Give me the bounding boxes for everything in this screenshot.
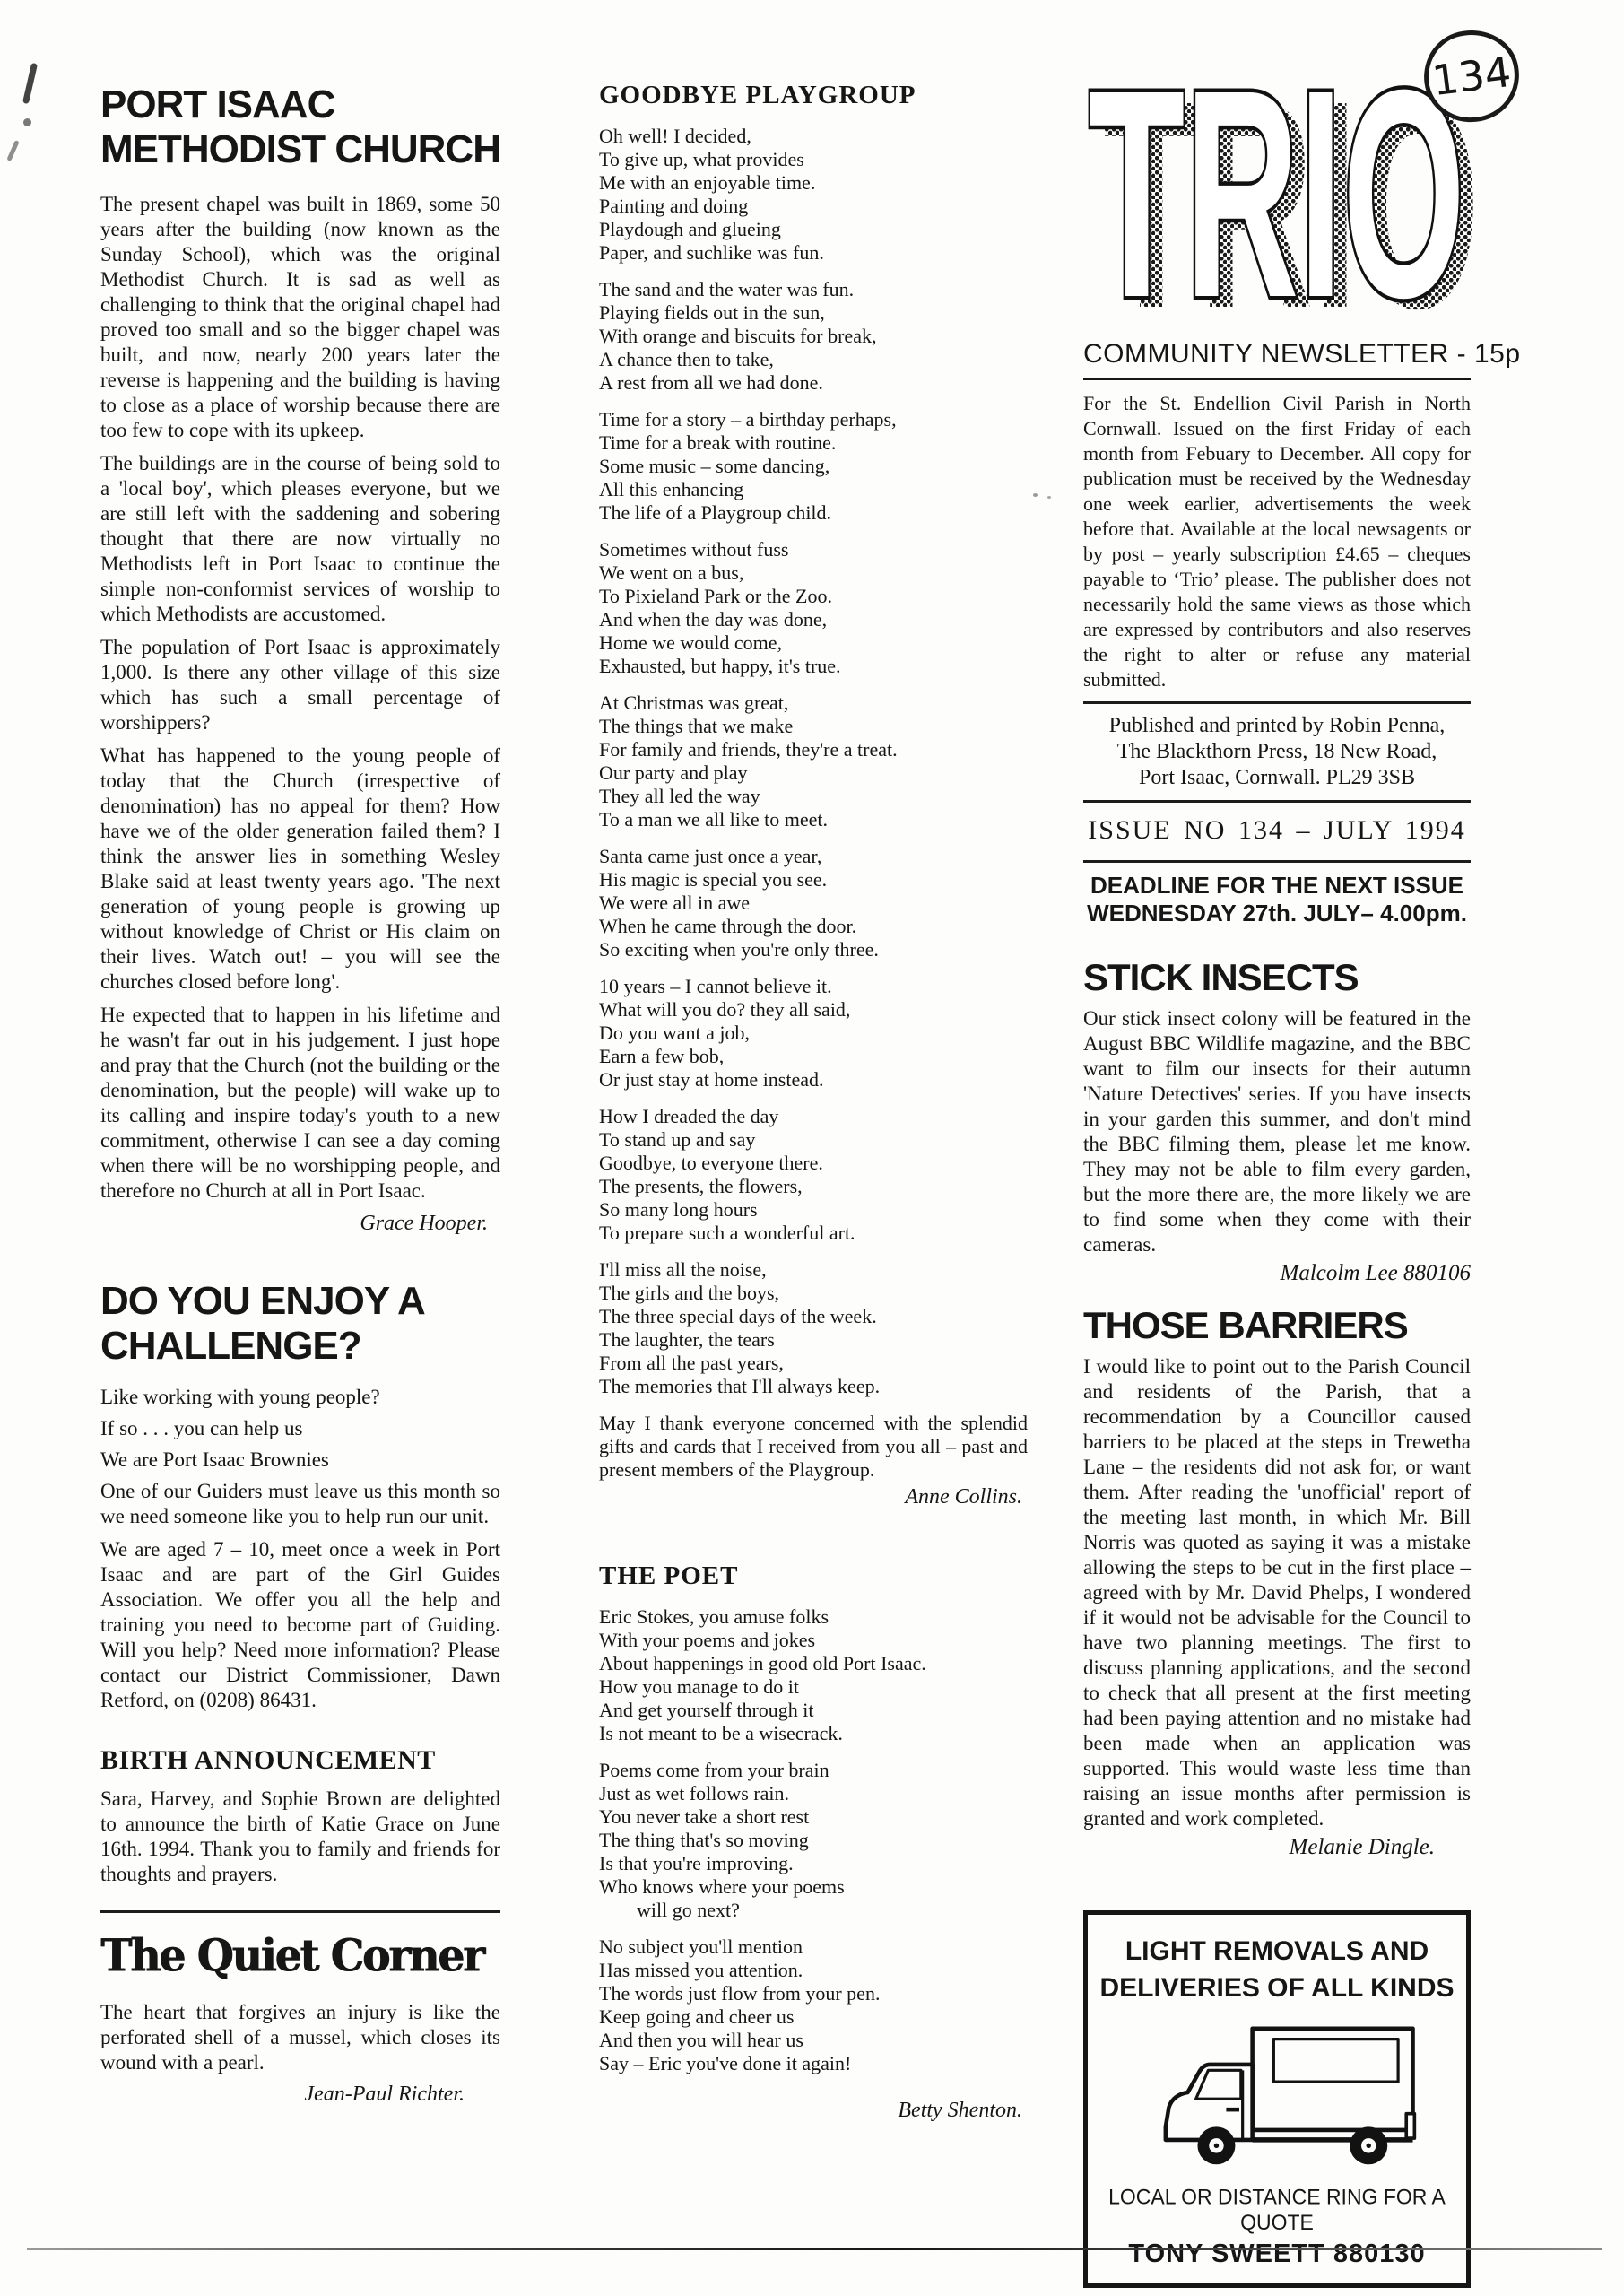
rule-line bbox=[1083, 800, 1471, 803]
rule-line bbox=[1083, 860, 1471, 863]
poem-stanza: 10 years – I cannot believe it. What wil… bbox=[599, 975, 1028, 1091]
advert-footer-line: LOCAL OR DISTANCE RING FOR A QUOTE bbox=[1097, 2185, 1457, 2236]
article-title: BIRTH ANNOUNCEMENT bbox=[100, 1745, 500, 1776]
right-column: TRIO TRIO COMMUNITY NEWSLETTER - 15p For… bbox=[1083, 70, 1471, 2288]
article-title: THOSE BARRIERS bbox=[1083, 1306, 1471, 1345]
poem-stanza: Oh well! I decided, To give up, what pro… bbox=[599, 125, 1028, 265]
logo-text: TRIO bbox=[1089, 70, 1465, 332]
advert-phone-line: TONY SWEETT 880130 bbox=[1097, 2239, 1457, 2269]
title-line: DO YOU ENJOY A bbox=[100, 1279, 500, 1324]
article-those-barriers: THOSE BARRIERS I would like to point out… bbox=[1083, 1306, 1471, 1860]
author-signature: Anne Collins. bbox=[599, 1485, 1028, 1509]
poem-indented-line: will go next? bbox=[599, 1899, 1028, 1922]
advert-headline-line: DELIVERIES OF ALL KINDS bbox=[1097, 1970, 1457, 2006]
truck-icon bbox=[1129, 2017, 1425, 2177]
poem-stanza: Eric Stokes, you amuse folks With your p… bbox=[599, 1605, 1028, 1745]
article-body: Our stick insect colony will be featured… bbox=[1083, 1006, 1471, 1257]
ink-speck bbox=[1047, 496, 1051, 499]
paragraph: The present chapel was built in 1869, so… bbox=[100, 192, 500, 443]
paragraph: He expected that to happen in his lifeti… bbox=[100, 1003, 500, 1204]
publisher-block: Published and printed by Robin Penna, Th… bbox=[1083, 713, 1471, 791]
issue-badge-number: 134 bbox=[1429, 48, 1514, 105]
paragraph: We are aged 7 – 10, meet once a week in … bbox=[100, 1537, 500, 1713]
paragraph: One of our Guiders must leave us this mo… bbox=[100, 1479, 500, 1529]
poem-title: THE POET bbox=[599, 1561, 1028, 1591]
publisher-line: Published and printed by Robin Penna, bbox=[1083, 713, 1471, 739]
poem-goodbye-playgroup: GOODBYE PLAYGROUP Oh well! I decided, To… bbox=[599, 81, 1028, 1509]
title-line: CHALLENGE? bbox=[100, 1324, 500, 1369]
ink-speck bbox=[1033, 493, 1038, 497]
article-title: DO YOU ENJOY A CHALLENGE? bbox=[100, 1279, 500, 1369]
article-title: STICK INSECTS bbox=[1083, 958, 1471, 997]
newsletter-page: PORT ISAAC METHODIST CHURCH The present … bbox=[0, 0, 1624, 2296]
author-signature: Betty Shenton. bbox=[599, 2099, 1028, 2123]
title-line: PORT ISAAC bbox=[100, 83, 500, 127]
advert-headline-line: LIGHT REMOVALS AND bbox=[1097, 1933, 1457, 1970]
poem-stanza: How I dreaded the day To stand up and sa… bbox=[599, 1105, 1028, 1245]
article-quiet-corner: The Quiet Corner The heart that forgives… bbox=[100, 1933, 500, 2107]
publisher-line: Port Isaac, Cornwall. PL29 3SB bbox=[1083, 765, 1471, 791]
masthead-paragraph: For the St. Endellion Civil Parish in No… bbox=[1083, 391, 1471, 692]
deadline-line: WEDNESDAY 27th. JULY– 4.00pm. bbox=[1083, 900, 1471, 927]
poem-stanza: Santa came just once a year, His magic i… bbox=[599, 845, 1028, 961]
article-intro-lines: Like working with young people? If so . … bbox=[100, 1385, 500, 1473]
article-body: I would like to point out to the Parish … bbox=[1083, 1354, 1471, 1831]
paragraph: What has happened to the young people of… bbox=[100, 744, 500, 995]
intro-line: If so . . . you can help us bbox=[100, 1416, 500, 1441]
article-stick-insects: STICK INSECTS Our stick insect colony wi… bbox=[1083, 958, 1471, 1286]
poem-stanza: At Christmas was great, The things that … bbox=[599, 691, 1028, 831]
poem-stanza: The sand and the water was fun. Playing … bbox=[599, 278, 1028, 395]
article-title: PORT ISAAC METHODIST CHURCH bbox=[100, 83, 500, 172]
poem-stanza: I'll miss all the noise, The girls and t… bbox=[599, 1258, 1028, 1398]
page-bottom-rule bbox=[27, 2248, 1602, 2250]
poem-stanza: No subject you'll mention Has missed you… bbox=[599, 1935, 1028, 2075]
publisher-line: The Blackthorn Press, 18 New Road, bbox=[1083, 739, 1471, 765]
poem-the-poet: THE POET Eric Stokes, you amuse folks Wi… bbox=[599, 1561, 1028, 2123]
poem-stanza: Poems come from your brain Just as wet f… bbox=[599, 1759, 1028, 1899]
newsletter-subtitle: COMMUNITY NEWSLETTER - 15p bbox=[1083, 339, 1471, 380]
author-signature: Jean-Paul Richter. bbox=[100, 2083, 500, 2107]
deadline-line: DEADLINE FOR THE NEXT ISSUE bbox=[1083, 872, 1471, 900]
section-divider-line bbox=[100, 1910, 500, 1913]
article-methodist-church: PORT ISAAC METHODIST CHURCH The present … bbox=[100, 83, 500, 1236]
article-body: The present chapel was built in 1869, so… bbox=[100, 192, 500, 1204]
poem-stanza: Time for a story – a birthday perhaps, T… bbox=[599, 408, 1028, 525]
trio-logo-art: TRIO TRIO bbox=[1083, 70, 1478, 332]
deadline-notice: DEADLINE FOR THE NEXT ISSUE WEDNESDAY 27… bbox=[1083, 872, 1471, 927]
ink-mark bbox=[23, 118, 31, 126]
author-signature: Melanie Dingle. bbox=[1083, 1835, 1471, 1860]
article-body: Sara, Harvey, and Sophie Brown are delig… bbox=[100, 1787, 500, 1887]
rule-line bbox=[1083, 701, 1471, 704]
ink-mark bbox=[22, 63, 38, 104]
poem-stanza: Sometimes without fuss We went on a bus,… bbox=[599, 538, 1028, 678]
ink-mark bbox=[6, 140, 19, 161]
article-body: The heart that forgives an injury is lik… bbox=[100, 2000, 500, 2075]
paragraph: The buildings are in the course of being… bbox=[100, 451, 500, 627]
intro-line: Like working with young people? bbox=[100, 1385, 500, 1410]
poem-closing-paragraph: May I thank everyone concerned with the … bbox=[599, 1412, 1028, 1482]
author-signature: Grace Hooper. bbox=[100, 1212, 500, 1236]
middle-column: GOODBYE PLAYGROUP Oh well! I decided, To… bbox=[599, 81, 1028, 2123]
title-line: METHODIST CHURCH bbox=[100, 127, 500, 172]
article-birth-announcement: BIRTH ANNOUNCEMENT Sara, Harvey, and Sop… bbox=[100, 1745, 500, 1887]
poem-title: GOODBYE PLAYGROUP bbox=[599, 81, 1028, 110]
article-challenge: DO YOU ENJOY A CHALLENGE? Like working w… bbox=[100, 1279, 500, 1713]
intro-line: We are Port Isaac Brownies bbox=[100, 1448, 500, 1473]
trio-logo: TRIO TRIO bbox=[1083, 70, 1478, 332]
article-title: The Quiet Corner bbox=[100, 1930, 500, 1982]
advert-headline: LIGHT REMOVALS AND DELIVERIES OF ALL KIN… bbox=[1097, 1933, 1457, 2006]
author-signature: Malcolm Lee 880106 bbox=[1083, 1261, 1471, 1286]
left-column: PORT ISAAC METHODIST CHURCH The present … bbox=[100, 83, 500, 2107]
advert-light-removals: LIGHT REMOVALS AND DELIVERIES OF ALL KIN… bbox=[1083, 1910, 1471, 2288]
article-body: One of our Guiders must leave us this mo… bbox=[100, 1479, 500, 1713]
paragraph: The population of Port Isaac is approxim… bbox=[100, 635, 500, 735]
issue-number-line: ISSUE NO 134 – JULY 1994 bbox=[1083, 812, 1471, 851]
